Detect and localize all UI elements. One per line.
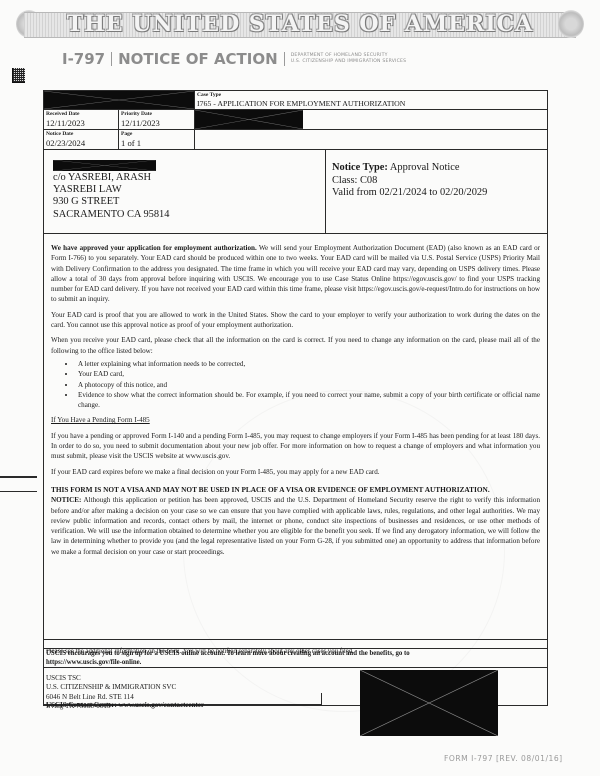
ead-expiry-paragraph: If your EAD card expires before we make … <box>51 467 540 477</box>
contact-center-row: USCIS Contact Center: www.uscis.gov/cont… <box>43 693 322 705</box>
body-text: We have approved your application for em… <box>51 243 540 557</box>
received-date-cell: Received Date 12/11/2023 <box>43 109 119 130</box>
page-cell: Page 1 of 1 <box>118 129 195 150</box>
priority-date-value: 12/11/2023 <box>121 118 192 128</box>
blank-cell <box>194 129 548 150</box>
priority-date-cell: Priority Date 12/11/2023 <box>118 109 195 130</box>
list-item: Your EAD card, <box>76 369 540 379</box>
visa-warning: THIS FORM IS NOT A VISA AND MAY NOT BE U… <box>51 485 490 494</box>
received-date-label: Received Date <box>46 111 116 118</box>
page-label: Page <box>121 131 192 138</box>
office-line: U.S. CITIZENSHIP & IMMIGRATION SVC <box>46 683 176 692</box>
form-revision: FORM I-797 [REV. 08/01/16] <box>444 754 563 763</box>
verification-notice: Although this application or petition ha… <box>51 496 540 555</box>
banner-title: THE UNITED STATES OF AMERICA <box>67 11 533 37</box>
notice-form: Case Type I765 - APPLICATION FOR EMPLOYM… <box>43 90 548 706</box>
correction-list: A letter explaining what information nee… <box>51 359 540 410</box>
notice-body: We have approved your application for em… <box>43 233 548 640</box>
case-type-cell: Case Type I765 - APPLICATION FOR EMPLOYM… <box>194 90 548 110</box>
form-number: I-797 <box>62 50 105 68</box>
agency-name: DEPARTMENT OF HOMELAND SECURITY U.S. CIT… <box>291 53 407 65</box>
list-item: A letter explaining what information nee… <box>76 359 540 369</box>
page-value: 1 of 1 <box>121 138 192 148</box>
notice-date-value: 02/23/2024 <box>46 138 116 148</box>
redacted-barcode <box>360 670 498 736</box>
fold-marks <box>0 476 37 505</box>
receipt-number-cell <box>43 90 195 110</box>
form-header: I-797 NOTICE OF ACTION DEPARTMENT OF HOM… <box>62 48 406 70</box>
pending-i485-heading: If You Have a Pending Form I-485 <box>51 415 540 425</box>
divider <box>284 52 285 66</box>
fold-mark <box>0 491 37 493</box>
list-item: A photocopy of this notice, and <box>76 380 540 390</box>
redacted-applicant-name <box>53 160 156 171</box>
rosette-ornament-icon <box>558 10 584 38</box>
mailing-address: c/o YASREBI, ARASH YASREBI LAW 930 G STR… <box>53 172 169 221</box>
approval-details: We will send your Employment Authorizati… <box>51 244 540 303</box>
received-date-value: 12/11/2023 <box>46 118 116 128</box>
notice-details: Notice Type: Approval Notice Class: C08 … <box>332 162 487 200</box>
banner: THE UNITED STATES OF AMERICA <box>14 4 586 44</box>
class-code: Class: C08 <box>332 175 487 188</box>
fold-mark <box>0 476 37 478</box>
notice-info-cell: Notice Type: Approval Notice Class: C08 … <box>325 149 548 234</box>
datamatrix-barcode-icon <box>12 68 25 83</box>
address-line: 930 G STREET <box>53 196 169 208</box>
pending-i485-paragraph: If you have a pending or approved Form I… <box>51 431 540 462</box>
notice-date-cell: Notice Date 02/23/2024 <box>43 129 119 150</box>
agency-line-2: U.S. CITIZENSHIP AND IMMIGRATION SERVICE… <box>291 59 407 65</box>
notice-type-label: Notice Type: <box>332 162 388 173</box>
address-line: c/o YASREBI, ARASH <box>53 172 169 184</box>
list-item: Evidence to show what the correct inform… <box>76 390 540 411</box>
case-type-label: Case Type <box>197 92 545 99</box>
online-account-row: USCIS encourages you to sign up for a US… <box>43 648 548 668</box>
notice-date-label: Notice Date <box>46 131 116 138</box>
case-type-value: I765 - APPLICATION FOR EMPLOYMENT AUTHOR… <box>197 99 545 109</box>
correction-paragraph: When you receive your EAD card, please c… <box>51 335 540 356</box>
online-account-text: USCIS encourages you to sign up for a US… <box>46 649 545 667</box>
redacted-beneficiary <box>195 110 303 129</box>
address-line: SACRAMENTO CA 95814 <box>53 209 169 221</box>
notice-label: NOTICE: <box>51 496 81 504</box>
address-line: YASREBI LAW <box>53 184 169 196</box>
approval-statement: We have approved your application for em… <box>51 244 257 252</box>
validity-dates: Valid from 02/21/2024 to 02/20/2029 <box>332 187 487 200</box>
form-title: NOTICE OF ACTION <box>118 50 278 68</box>
notice-type-value: Approval Notice <box>390 162 460 173</box>
approval-paragraph: We have approved your application for em… <box>51 243 540 305</box>
ead-proof-paragraph: Your EAD card is proof that you are allo… <box>51 310 540 331</box>
contact-center-text: USCIS Contact Center: www.uscis.gov/cont… <box>46 701 204 709</box>
warning-block: THIS FORM IS NOT A VISA AND MAY NOT BE U… <box>51 485 540 557</box>
divider <box>111 52 112 66</box>
office-line: USCIS TSC <box>46 674 176 683</box>
redacted-receipt-number <box>44 91 194 109</box>
beneficiary-cell <box>194 109 548 130</box>
addressee-cell: c/o YASREBI, ARASH YASREBI LAW 930 G STR… <box>43 149 326 234</box>
priority-date-label: Priority Date <box>121 111 192 118</box>
